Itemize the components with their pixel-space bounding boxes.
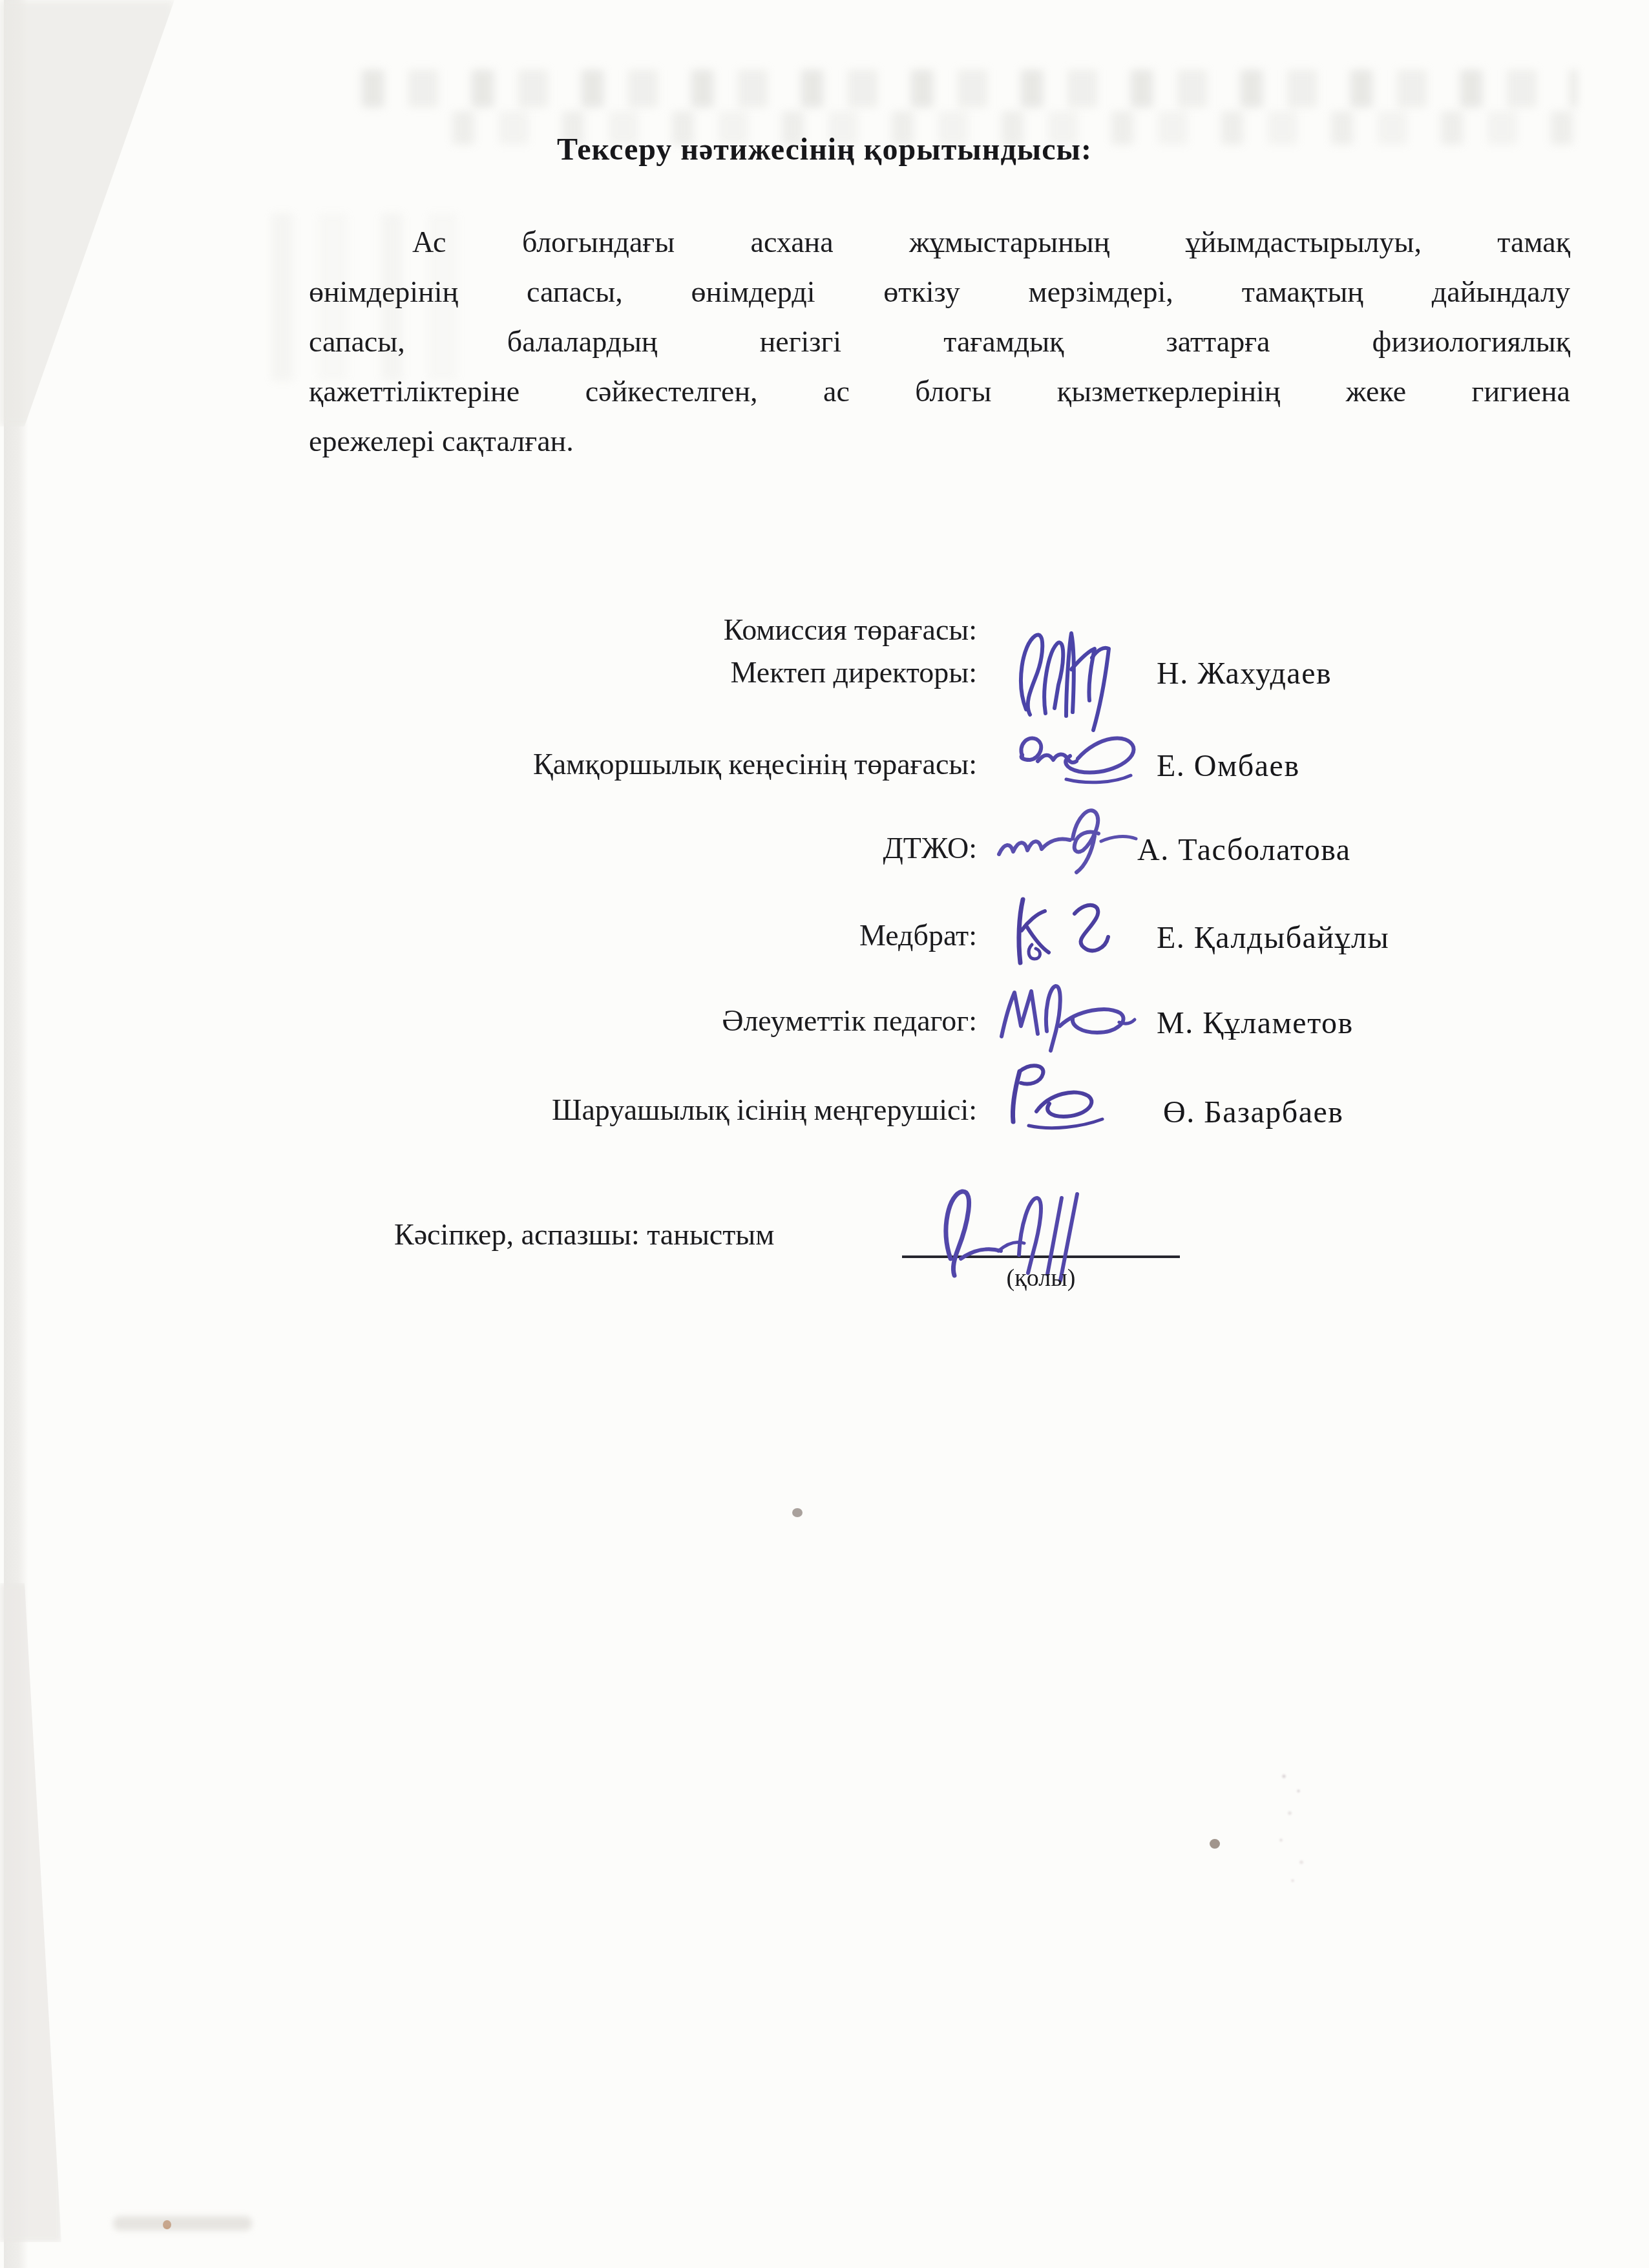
signature-dtzho	[987, 800, 1149, 887]
scan-speck	[1210, 1839, 1220, 1849]
acknowledgement-label: Кәсіпкер, аспазшы: таныстым	[394, 1217, 774, 1252]
scanned-document-page: Тексеру нәтижесінің қорытындысы: Ас блог…	[0, 0, 1649, 2268]
signature-medbrat	[998, 890, 1118, 978]
signatory-role: ДТЖО:	[0, 831, 977, 865]
body-paragraph: Ас блогындағы асхана жұмыстарының ұйымда…	[309, 217, 1570, 466]
signature-social-pedagogue	[987, 971, 1155, 1064]
signature-trustee-chairman	[1000, 719, 1155, 809]
signatory-role: Медбрат:	[0, 918, 977, 952]
signatory-name: Е. Қалдыбайұлы	[1157, 920, 1389, 956]
document-title: Тексеру нәтижесінің қорытындысы:	[0, 132, 1649, 167]
bleedthrough-smudge	[362, 70, 1577, 107]
scan-corner-shadow	[0, 0, 174, 426]
scan-speck	[792, 1508, 803, 1517]
paragraph-line: өнімдерінің сапасы, өнімдерді өткізу мер…	[309, 267, 1570, 317]
signatory-name: А. Тасболатова	[1137, 832, 1350, 868]
signatory-name: Ө. Базарбаев	[1163, 1095, 1344, 1130]
paragraph-line: сапасы, балалардың негізгі тағамдық затт…	[309, 317, 1570, 366]
paragraph-line: ережелері сақталған.	[309, 416, 1570, 466]
signatory-role: Әлеуметтік педагог:	[0, 1003, 977, 1038]
signatory-name: Н. Жахудаев	[1157, 656, 1332, 691]
signatory-role: Мектеп директоры:	[0, 655, 977, 689]
signatory-name: М. Құламетов	[1157, 1005, 1354, 1041]
paragraph-line: Ас блогындағы асхана жұмыстарының ұйымда…	[309, 217, 1570, 267]
signatory-role: Шаруашылық ісінің меңгерушісі:	[0, 1093, 977, 1127]
scan-smudge	[113, 2216, 252, 2231]
signature-director	[1003, 619, 1148, 735]
signature-caption: (қолы)	[902, 1264, 1180, 1292]
commission-header: Комиссия төрағасы:	[0, 613, 977, 647]
scan-dust-smudge	[1266, 1764, 1325, 1887]
signatory-name: Е. Омбаев	[1157, 748, 1300, 784]
paragraph-line: қажеттіліктеріне сәйкестелген, ас блогы …	[309, 366, 1570, 416]
signatory-role: Қамқоршылық кеңесінің төрағасы:	[0, 747, 977, 781]
scan-edge-shadow-bottom	[0, 1583, 61, 2242]
signature-household-manager	[989, 1055, 1147, 1142]
